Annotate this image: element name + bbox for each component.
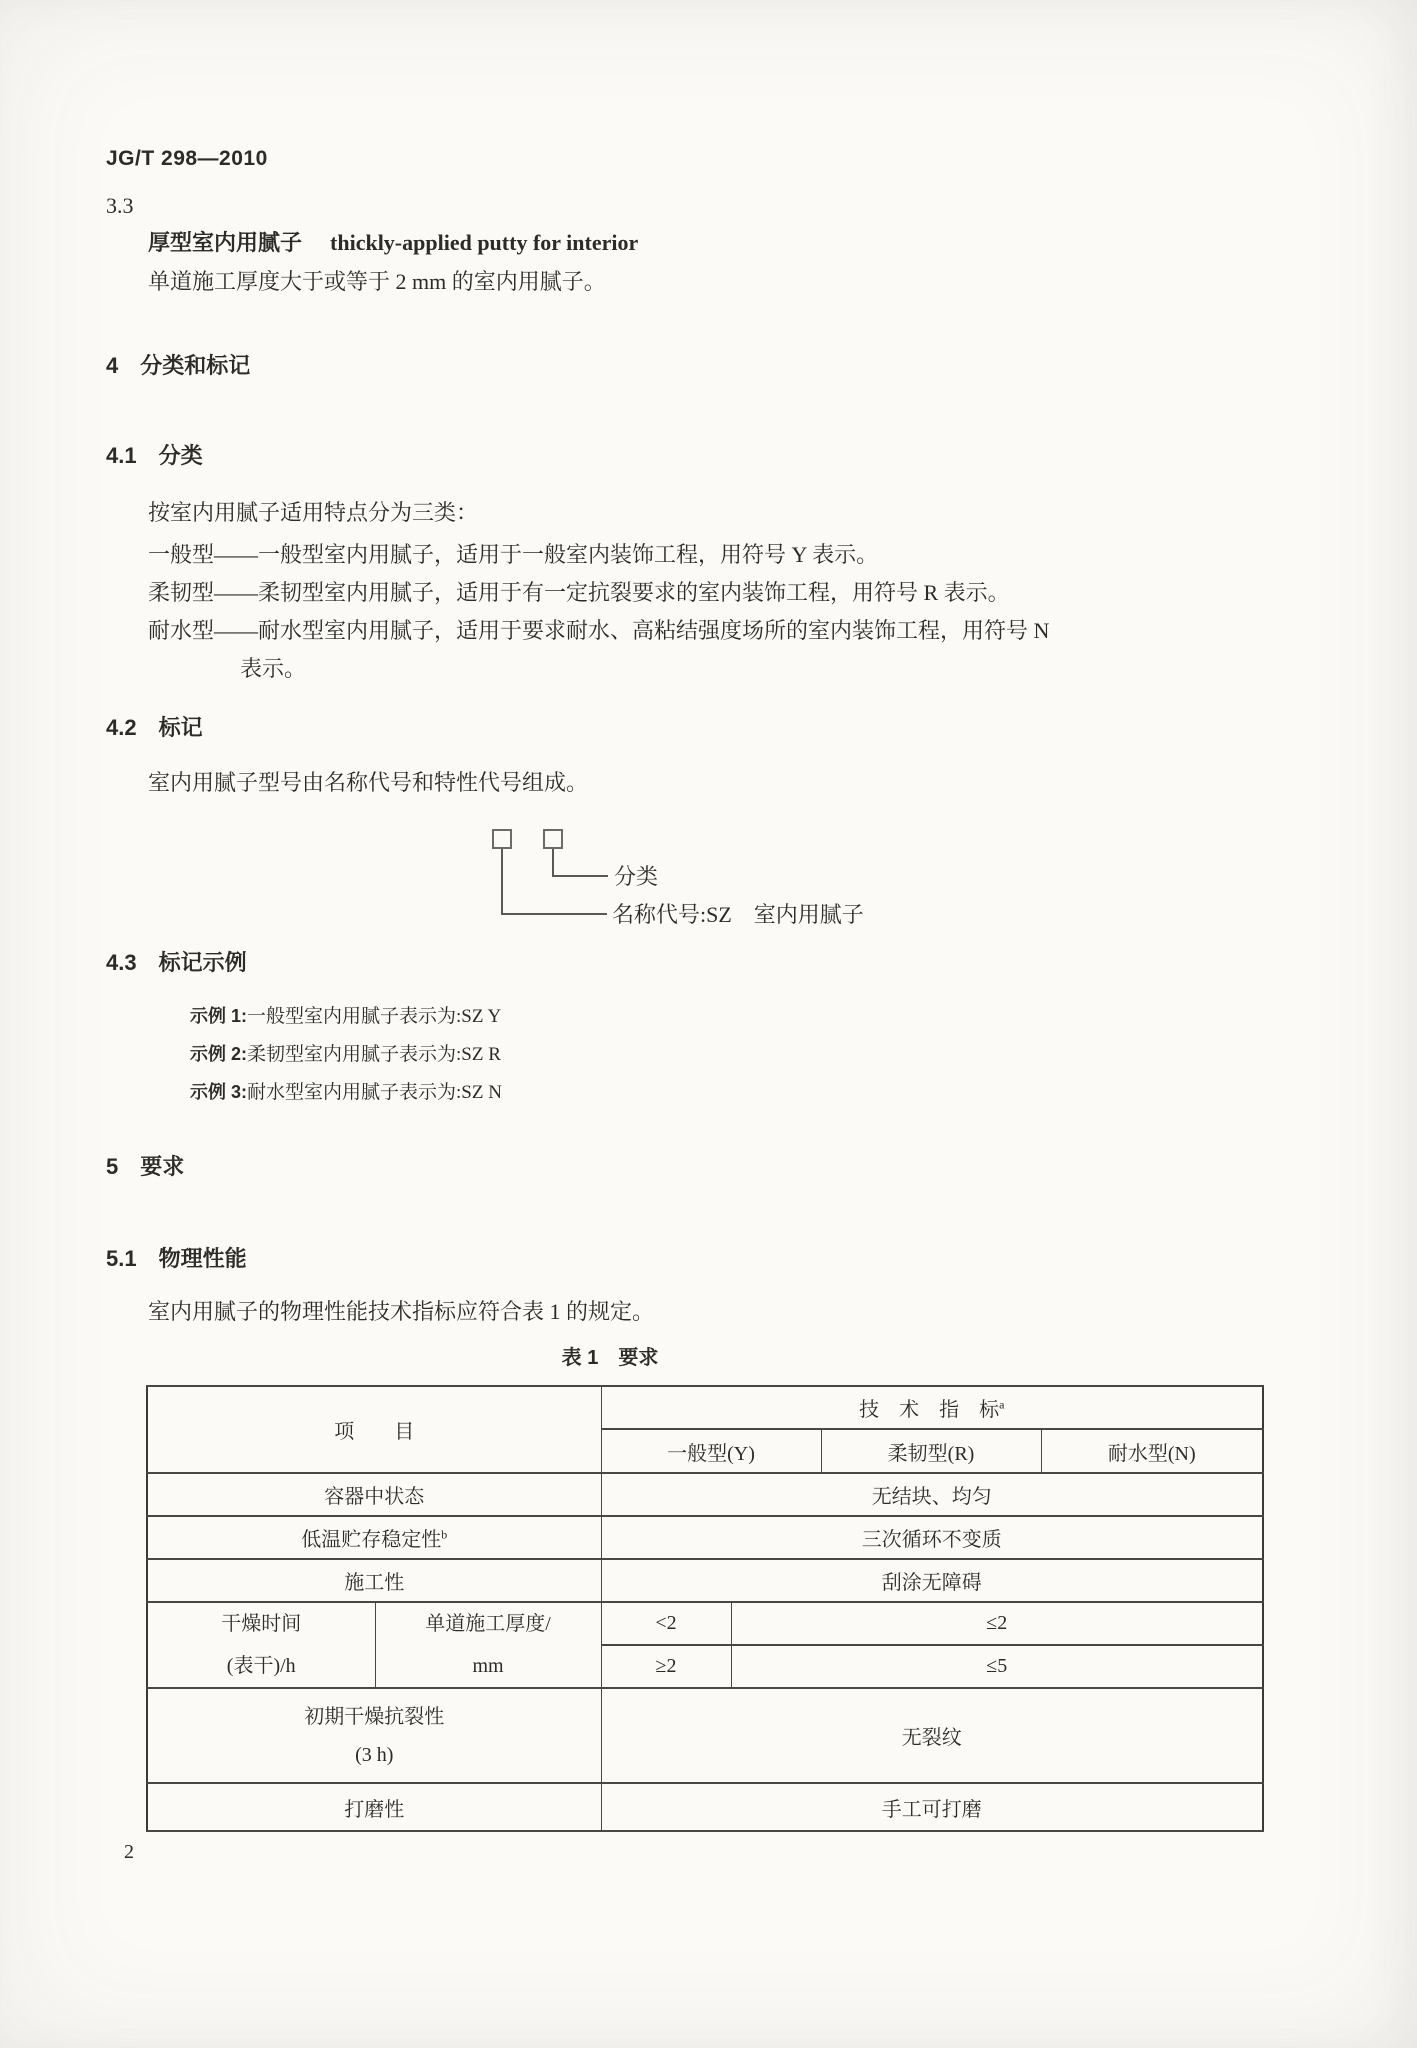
example-2-text: 柔韧型室内用腻子表示为:SZ R bbox=[247, 1044, 501, 1065]
header-cell-tech-index: 技 术 指 标a bbox=[601, 1386, 1263, 1429]
crack-resistance-line1: 初期干燥抗裂性 bbox=[152, 1698, 597, 1736]
tech-index-footnote-mark: a bbox=[999, 1397, 1004, 1411]
cell-item-sandability: 打磨性 bbox=[147, 1783, 601, 1831]
diagram-class-connector-vertical bbox=[552, 849, 554, 877]
drying-time-line2: (表干)/h bbox=[152, 1645, 371, 1687]
classification-intro: 按室内用腻子适用特点分为三类： bbox=[148, 499, 478, 527]
coat-thickness-line2: mm bbox=[380, 1645, 597, 1687]
cell-condition-ge2: ≥2 bbox=[601, 1645, 731, 1688]
term-definition-title: 厚型室内用腻子thickly-applied putty for interio… bbox=[148, 229, 638, 257]
section-4-3-heading: 4.3 标记示例 bbox=[106, 949, 247, 977]
header-cell-item: 项 目 bbox=[147, 1386, 601, 1473]
cell-value-low-temp-stability: 三次循环不变质 bbox=[601, 1516, 1263, 1559]
section-5-1-heading: 5.1 物理性能 bbox=[106, 1245, 247, 1273]
cell-value-lt2: ≤2 bbox=[731, 1602, 1263, 1645]
marking-example-1: 示例 1:一般型室内用腻子表示为:SZ Y bbox=[190, 1005, 501, 1029]
diagram-label-name-code: 名称代号:SZ 室内用腻子 bbox=[612, 901, 864, 929]
example-3-label: 示例 3: bbox=[190, 1082, 247, 1102]
cell-item-crack-resistance: 初期干燥抗裂性(3 h) bbox=[147, 1688, 601, 1783]
cell-value-crack-resistance: 无裂纹 bbox=[601, 1688, 1263, 1783]
section-4-1-heading: 4.1 分类 bbox=[106, 442, 203, 470]
table-row-low-temp-stability: 低温贮存稳定性b 三次循环不变质 bbox=[147, 1516, 1263, 1559]
coat-thickness-line1: 单道施工厚度/ bbox=[380, 1603, 597, 1645]
page-number: 2 bbox=[124, 1840, 134, 1865]
cell-item-low-temp-stability: 低温贮存稳定性b bbox=[147, 1516, 601, 1559]
classification-item-general: 一般型——一般型室内用腻子，适用于一般室内装饰工程，用符号 Y 表示。 bbox=[148, 541, 878, 569]
low-temp-footnote-mark: b bbox=[441, 1527, 447, 1541]
marking-example-2: 示例 2:柔韧型室内用腻子表示为:SZ R bbox=[190, 1043, 501, 1067]
example-1-label: 示例 1: bbox=[190, 1006, 247, 1026]
classification-item-flexible: 柔韧型——柔韧型室内用腻子，适用于有一定抗裂要求的室内装饰工程，用符号 R 表示… bbox=[148, 579, 1010, 607]
header-cell-type-n: 耐水型(N) bbox=[1041, 1429, 1263, 1473]
section-3-3-number: 3.3 bbox=[106, 192, 134, 220]
cell-item-drying-time: 干燥时间(表干)/h bbox=[147, 1602, 375, 1688]
standard-code: JG/T 298—2010 bbox=[106, 146, 268, 172]
example-3-text: 耐水型室内用腻子表示为:SZ N bbox=[247, 1082, 502, 1103]
physical-properties-intro: 室内用腻子的物理性能技术指标应符合表 1 的规定。 bbox=[148, 1298, 654, 1326]
example-2-label: 示例 2: bbox=[190, 1044, 247, 1064]
diagram-name-code-box bbox=[492, 829, 512, 849]
table-row-sandability: 打磨性 手工可打磨 bbox=[147, 1783, 1263, 1831]
example-1-text: 一般型室内用腻子表示为:SZ Y bbox=[247, 1006, 501, 1027]
table-row-workability: 施工性 刮涂无障碍 bbox=[147, 1559, 1263, 1602]
diagram-class-code-box bbox=[543, 829, 563, 849]
diagram-name-connector-vertical bbox=[501, 849, 503, 915]
diagram-name-connector-horizontal bbox=[501, 913, 607, 915]
cell-value-container-state: 无结块、均匀 bbox=[601, 1473, 1263, 1516]
cell-condition-lt2: <2 bbox=[601, 1602, 731, 1645]
cell-value-ge2: ≤5 bbox=[731, 1645, 1263, 1688]
section-5-heading: 5 要求 bbox=[106, 1153, 184, 1181]
table-row-crack-resistance: 初期干燥抗裂性(3 h) 无裂纹 bbox=[147, 1688, 1263, 1783]
crack-resistance-line2: (3 h) bbox=[152, 1736, 597, 1774]
term-english: thickly-applied putty for interior bbox=[330, 230, 638, 255]
diagram-label-class: 分类 bbox=[614, 863, 658, 891]
marking-intro: 室内用腻子型号由名称代号和特性代号组成。 bbox=[148, 769, 588, 797]
term-chinese: 厚型室内用腻子 bbox=[148, 230, 302, 255]
table-row-container-state: 容器中状态 无结块、均匀 bbox=[147, 1473, 1263, 1516]
classification-item-waterproof: 耐水型——耐水型室内用腻子，适用于要求耐水、高粘结强度场所的室内装饰工程，用符号… bbox=[148, 617, 1049, 645]
document-page: JG/T 298—2010 3.3 厚型室内用腻子thickly-applied… bbox=[0, 0, 1417, 2048]
table-1-requirements: 项 目 技 术 指 标a 一般型(Y) 柔韧型(R) 耐水型(N) 容器中状态 … bbox=[146, 1385, 1264, 1832]
section-4-heading: 4 分类和标记 bbox=[106, 352, 250, 380]
low-temp-label: 低温贮存稳定性 bbox=[301, 1529, 441, 1551]
term-definition-text: 单道施工厚度大于或等于 2 mm 的室内用腻子。 bbox=[148, 268, 606, 296]
marking-example-3: 示例 3:耐水型室内用腻子表示为:SZ N bbox=[190, 1081, 502, 1105]
cell-item-workability: 施工性 bbox=[147, 1559, 601, 1602]
cell-value-sandability: 手工可打磨 bbox=[601, 1783, 1263, 1831]
diagram-class-connector-horizontal bbox=[552, 875, 608, 877]
section-4-2-heading: 4.2 标记 bbox=[106, 714, 203, 742]
cell-item-container-state: 容器中状态 bbox=[147, 1473, 601, 1516]
drying-time-line1: 干燥时间 bbox=[152, 1603, 371, 1645]
header-cell-type-y: 一般型(Y) bbox=[601, 1429, 821, 1473]
cell-value-workability: 刮涂无障碍 bbox=[601, 1559, 1263, 1602]
table-row-drying-time-thin: 干燥时间(表干)/h 单道施工厚度/mm <2 ≤2 bbox=[147, 1602, 1263, 1645]
table-row-header-1: 项 目 技 术 指 标a bbox=[147, 1386, 1263, 1429]
header-cell-type-r: 柔韧型(R) bbox=[821, 1429, 1041, 1473]
cell-item-coat-thickness: 单道施工厚度/mm bbox=[375, 1602, 601, 1688]
tech-index-label: 技 术 指 标 bbox=[859, 1399, 999, 1421]
classification-item-waterproof-wrap: 表示。 bbox=[240, 655, 306, 683]
table-1-caption: 表 1 要求 bbox=[460, 1346, 760, 1371]
